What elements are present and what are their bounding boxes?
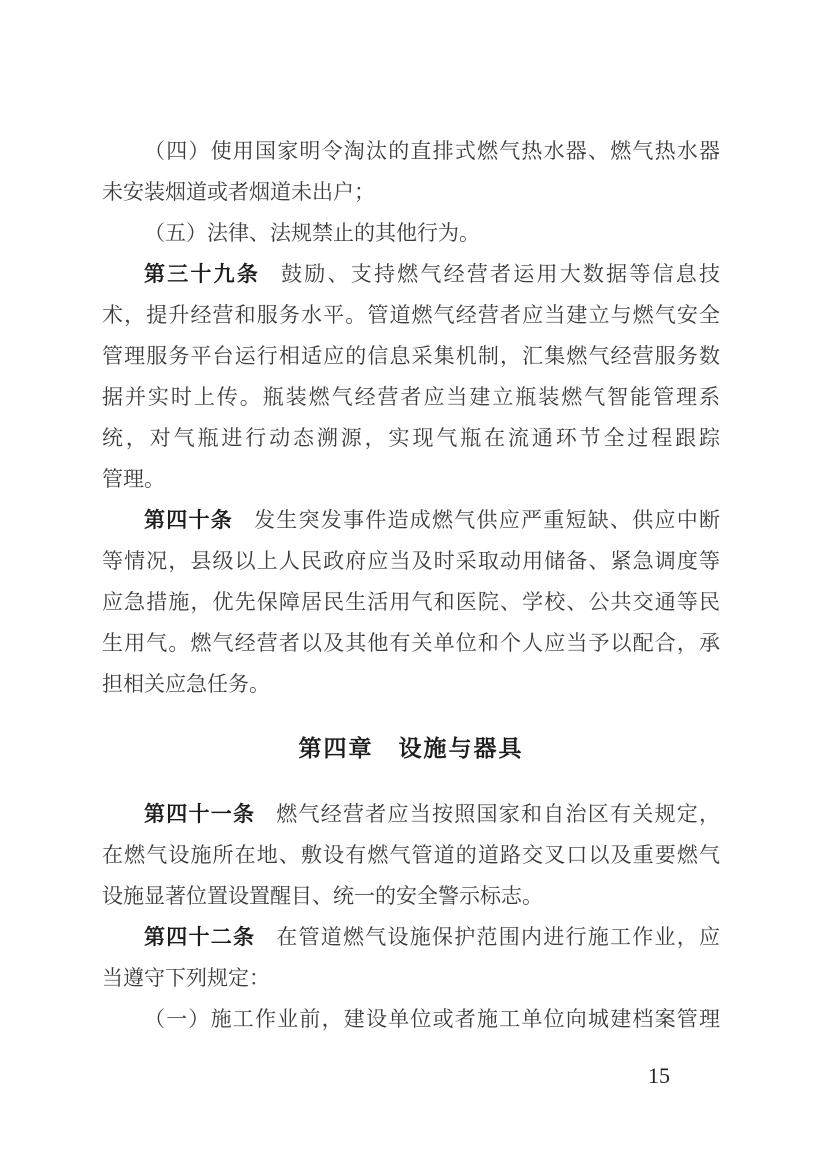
text-line: 第四十一条燃气经营者应当按照国家和自治区有关规定， [102, 794, 720, 835]
line-text: 统，对气瓶进行动态溯源，实现气瓶在流通环节全过程跟踪 [102, 426, 720, 450]
line-text: 管理。 [102, 467, 165, 491]
text-line: 设施显著位置设置醒目、统一的安全警示标志。 [102, 876, 720, 917]
page-number: 15 [648, 1063, 670, 1089]
line-text: （一）施工作业前，建设单位或者施工单位向城建档案管理 [144, 1007, 720, 1031]
text-line: （一）施工作业前，建设单位或者施工单位向城建档案管理 [102, 999, 720, 1040]
line-text: 术，提升经营和服务水平。管道燃气经营者应当建立与燃气安全 [102, 303, 720, 327]
line-text: 等情况，县级以上人民政府应当及时采取动用储备、紧急调度等 [102, 549, 720, 573]
text-line: 据并实时上传。瓶装燃气经营者应当建立瓶装燃气智能管理系 [102, 377, 720, 418]
document-body: （四）使用国家明令淘汰的直排式燃气热水器、燃气热水器 未安装烟道或者烟道未出户；… [102, 131, 720, 1040]
text-line: 生用气。燃气经营者以及其他有关单位和个人应当予以配合，承 [102, 623, 720, 664]
line-text: 应急措施，优先保障居民生活用气和医院、学校、公共交通等民 [102, 590, 720, 614]
text-line: 第四十条发生突发事件造成燃气供应严重短缺、供应中断 [102, 500, 720, 541]
text-line: 在燃气设施所在地、敷设有燃气管道的道路交叉口以及重要燃气 [102, 835, 720, 876]
line-text: 在管道燃气设施保护范围内进行施工作业，应 [276, 925, 720, 949]
chapter-heading: 第四章 设施与器具 [102, 728, 720, 769]
line-text: 设施显著位置设置醒目、统一的安全警示标志。 [102, 884, 543, 908]
text-line: （五）法律、法规禁止的其他行为。 [102, 213, 720, 254]
line-text: （四）使用国家明令淘汰的直排式燃气热水器、燃气热水器 [144, 139, 720, 163]
line-text: 发生突发事件造成燃气供应严重短缺、供应中断 [254, 508, 720, 532]
line-text: 燃气经营者应当按照国家和自治区有关规定， [276, 802, 720, 826]
line-text: 担相关应急任务。 [102, 672, 270, 696]
line-text: 当遵守下列规定： [102, 966, 270, 990]
text-line: 第三十九条鼓励、支持燃气经营者运用大数据等信息技 [102, 254, 720, 295]
line-text: 管理服务平台运行相适应的信息采集机制，汇集燃气经营服务数 [102, 344, 720, 368]
line-text: 生用气。燃气经营者以及其他有关单位和个人应当予以配合，承 [102, 631, 720, 655]
article-number: 第四十二条 [144, 925, 255, 949]
line-text: （五）法律、法规禁止的其他行为。 [144, 221, 480, 245]
text-line: 应急措施，优先保障居民生活用气和医院、学校、公共交通等民 [102, 582, 720, 623]
text-line: （四）使用国家明令淘汰的直排式燃气热水器、燃气热水器 [102, 131, 720, 172]
text-line: 统，对气瓶进行动态溯源，实现气瓶在流通环节全过程跟踪 [102, 418, 720, 459]
document-page: （四）使用国家明令淘汰的直排式燃气热水器、燃气热水器 未安装烟道或者烟道未出户；… [0, 0, 826, 1169]
line-text: 在燃气设施所在地、敷设有燃气管道的道路交叉口以及重要燃气 [102, 843, 720, 867]
text-line: 术，提升经营和服务水平。管道燃气经营者应当建立与燃气安全 [102, 295, 720, 336]
text-line: 当遵守下列规定： [102, 958, 720, 999]
text-line: 第四十二条在管道燃气设施保护范围内进行施工作业，应 [102, 917, 720, 958]
text-line: 等情况，县级以上人民政府应当及时采取动用储备、紧急调度等 [102, 541, 720, 582]
text-line: 管理服务平台运行相适应的信息采集机制，汇集燃气经营服务数 [102, 336, 720, 377]
article-number: 第四十一条 [144, 802, 255, 826]
text-line: 管理。 [102, 459, 720, 500]
text-line: 未安装烟道或者烟道未出户； [102, 172, 720, 213]
line-text: 据并实时上传。瓶装燃气经营者应当建立瓶装燃气智能管理系 [102, 385, 720, 409]
text-line: 担相关应急任务。 [102, 664, 720, 705]
article-number: 第四十条 [144, 508, 233, 532]
line-text: 未安装烟道或者烟道未出户； [102, 180, 375, 204]
line-text: 鼓励、支持燃气经营者运用大数据等信息技 [281, 262, 720, 286]
article-number: 第三十九条 [144, 262, 260, 286]
